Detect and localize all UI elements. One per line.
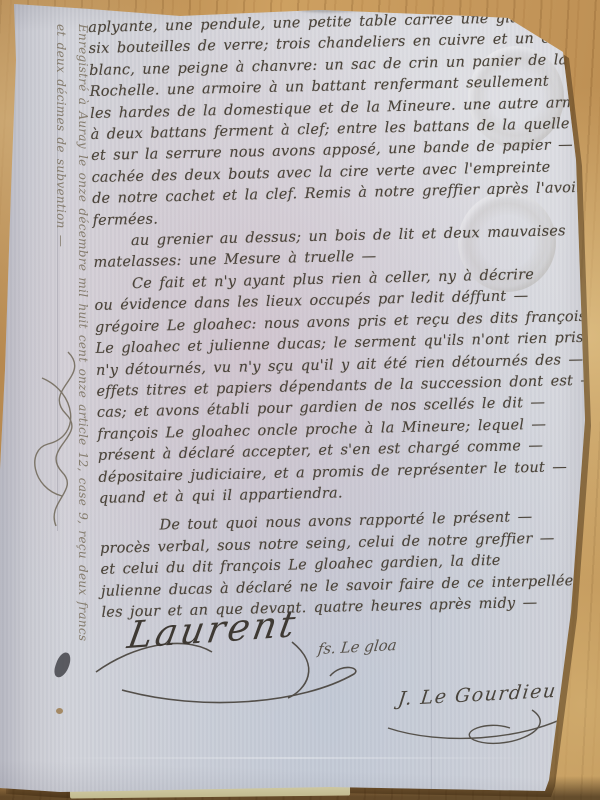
- paragraph: De tout quoi nous avons rapporté le prés…: [99, 506, 591, 624]
- manuscript-body: aplyante, une pendule, une petite table …: [88, 7, 592, 624]
- photo-scene: Enregistré à Auray le onze décembre mil …: [0, 0, 600, 800]
- manuscript-page: Enregistré à Auray le onze décembre mil …: [0, 0, 600, 800]
- margin-registration-note: Enregistré à Auray le onze décembre mil …: [50, 24, 94, 704]
- foxing-spot: [56, 708, 63, 714]
- fold-crease-bottom: [55, 757, 535, 759]
- signature-clerk: J. Le Gourdieu: [397, 680, 558, 710]
- paragraph: Ce fait et n'y ayant plus rien à celler,…: [94, 264, 589, 511]
- paragraph: aplyante, une pendule, une petite table …: [88, 7, 583, 232]
- margin-line: et deux décimes de subvention —: [50, 24, 72, 704]
- signature-guardian: fs. Le gloa: [317, 636, 398, 658]
